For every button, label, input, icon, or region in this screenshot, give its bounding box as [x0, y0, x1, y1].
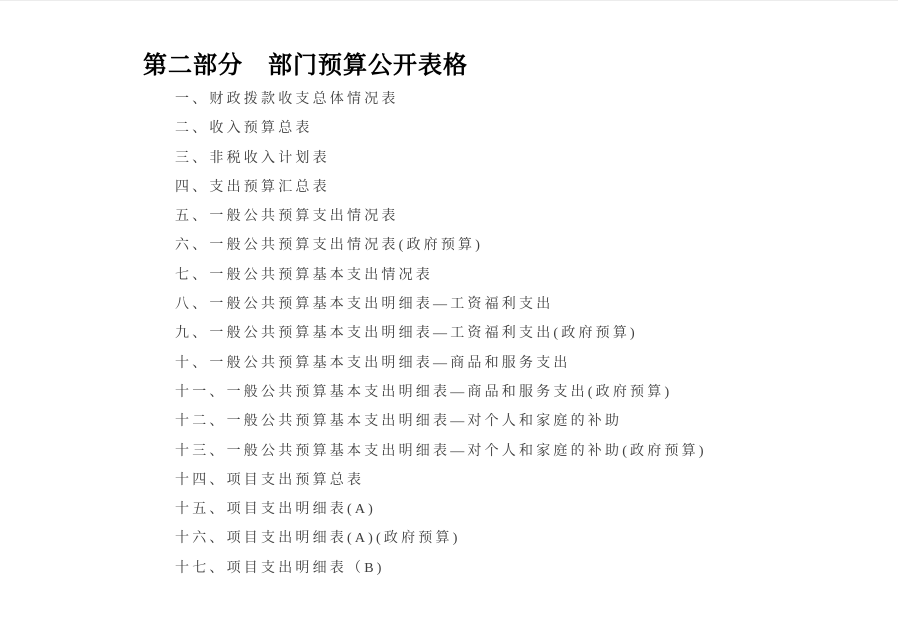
list-item: 一、财政拨款收支总体情况表: [175, 85, 875, 114]
list-item: 十三、一般公共预算基本支出明细表—对个人和家庭的补助(政府预算): [175, 437, 875, 466]
list-item: 四、支出预算汇总表: [175, 173, 875, 202]
list-item: 七、一般公共预算基本支出情况表: [175, 261, 875, 290]
list-item: 十、一般公共预算基本支出明细表—商品和服务支出: [175, 349, 875, 378]
list-item: 六、一般公共预算支出情况表(政府预算): [175, 231, 875, 260]
list-item: 九、一般公共预算基本支出明细表—工资福利支出(政府预算): [175, 319, 875, 348]
list-item: 十六、项目支出明细表(A)(政府预算): [175, 524, 875, 553]
list-item: 八、一般公共预算基本支出明细表—工资福利支出: [175, 290, 875, 319]
list-item: 十一、一般公共预算基本支出明细表—商品和服务支出(政府预算): [175, 378, 875, 407]
list-item: 十五、项目支出明细表(A): [175, 495, 875, 524]
document-page: 第二部分 部门预算公开表格 一、财政拨款收支总体情况表 二、收入预算总表 三、非…: [0, 0, 898, 635]
list-item: 十二、一般公共预算基本支出明细表—对个人和家庭的补助: [175, 407, 875, 436]
list-item: 三、非税收入计划表: [175, 144, 875, 173]
list-item: 二、收入预算总表: [175, 114, 875, 143]
page-title: 第二部分 部门预算公开表格: [143, 45, 468, 80]
table-of-contents: 一、财政拨款收支总体情况表 二、收入预算总表 三、非税收入计划表 四、支出预算汇…: [175, 85, 875, 583]
list-item: 十七、项目支出明细表（B): [175, 554, 875, 583]
list-item: 十四、项目支出预算总表: [175, 466, 875, 495]
list-item: 五、一般公共预算支出情况表: [175, 202, 875, 231]
